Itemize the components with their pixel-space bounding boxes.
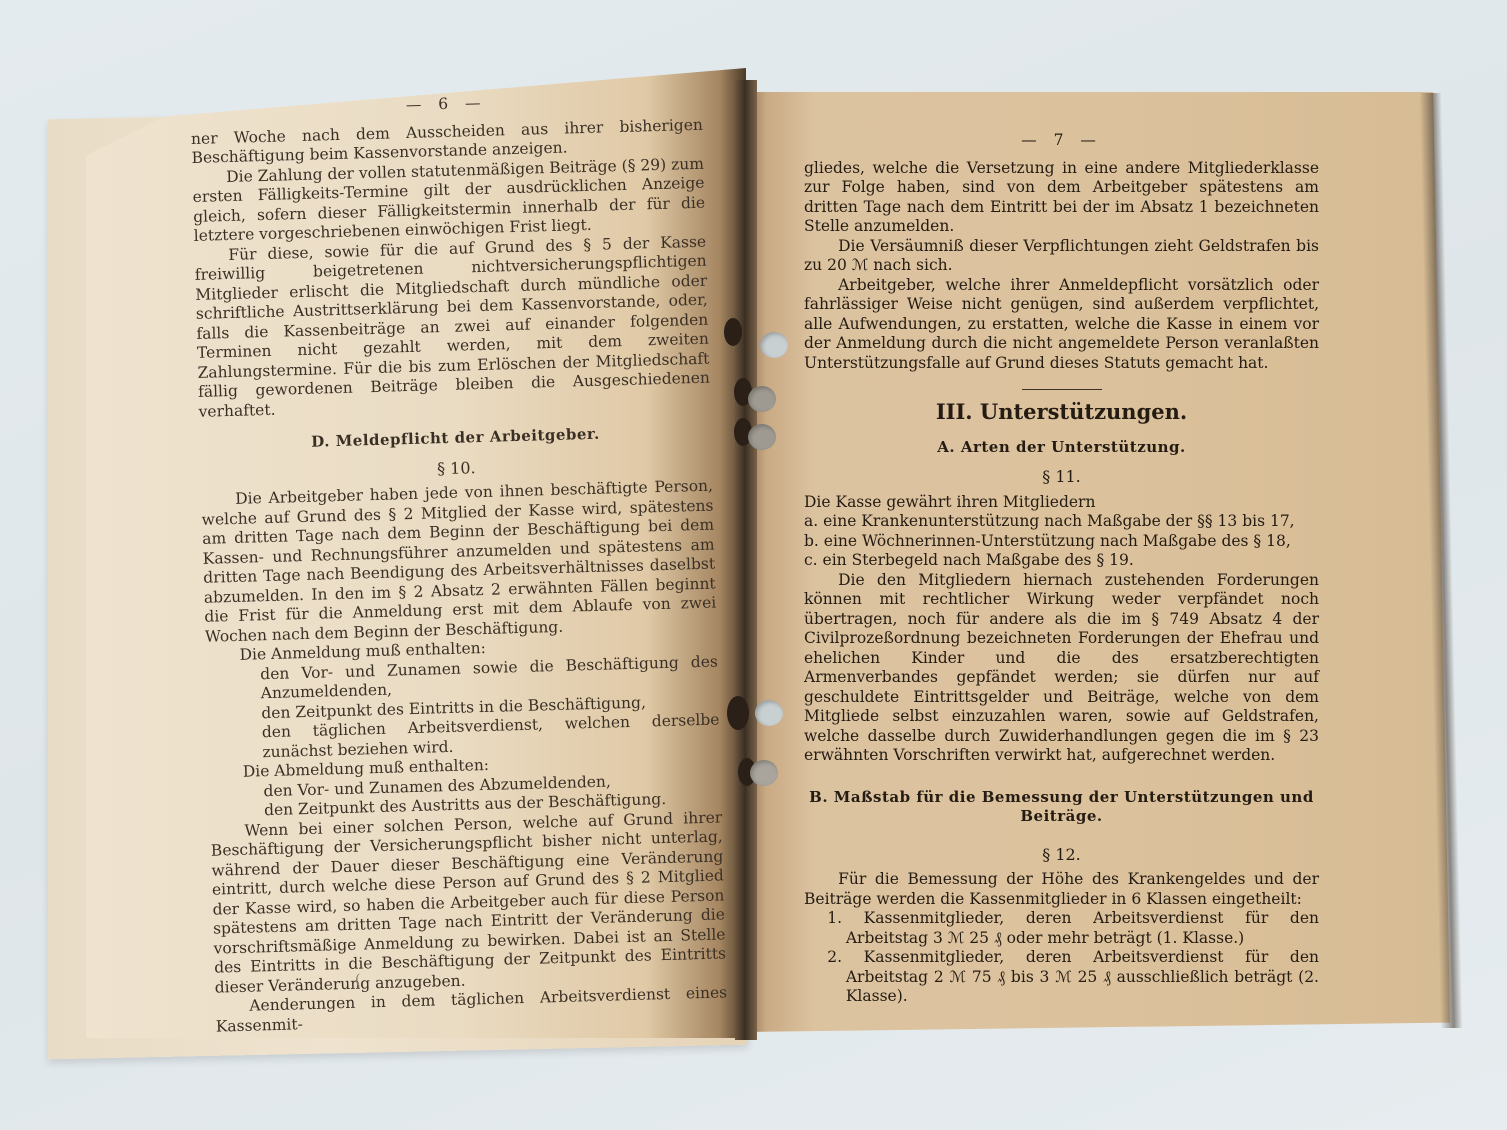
paragraph: Die Versäumniß dieser Verpflichtungen zi… xyxy=(804,237,1319,276)
paragraph-number: § 11. xyxy=(804,467,1319,487)
paragraph: Die Arbeitgeber haben jede von ihnen bes… xyxy=(201,477,717,647)
paragraph: Wenn bei einer solchen Person, welche au… xyxy=(210,808,727,998)
paragraph-number: § 12. xyxy=(804,845,1319,865)
list-item: c. ein Sterbegeld nach Maßgabe des § 19. xyxy=(804,551,1319,571)
punch-hole xyxy=(748,424,776,450)
binding-gutter xyxy=(735,80,757,1040)
punch-hole xyxy=(748,386,776,412)
stray-mark: ( xyxy=(355,972,360,988)
paragraph: gliedes, welche die Versetzung in eine a… xyxy=(804,159,1319,237)
paragraph: Arbeitgeber, welche ihrer Anmeldepflicht… xyxy=(804,276,1319,374)
page-number: — 7 — xyxy=(804,131,1319,151)
list-intro: Die Kasse gewährt ihren Mitgliedern xyxy=(804,493,1319,513)
paragraph: Für diese, sowie für die auf Grund des §… xyxy=(194,232,711,422)
list-item: 1. Kassenmitglieder, deren Arbeitsverdie… xyxy=(804,909,1319,948)
left-page-text: — 6 — ner Woche nach dem Ausscheiden aus… xyxy=(190,88,728,1037)
punch-hole xyxy=(724,318,742,346)
list-item: 2. Kassenmitglieder, deren Arbeitsverdie… xyxy=(804,948,1319,1007)
paragraph: Die den Mitgliedern hiernach zustehenden… xyxy=(804,571,1319,766)
section-heading: A. Arten der Unterstützung. xyxy=(804,438,1319,458)
section-heading: B. Maßstab für die Bemessung der Unterst… xyxy=(804,788,1319,827)
section-heading: D. Meldepflicht der Arbeitgeber. xyxy=(199,422,711,456)
punch-hole xyxy=(750,760,778,786)
punch-hole xyxy=(760,332,788,358)
paragraph: Für die Bemessung der Höhe des Krankenge… xyxy=(804,870,1319,909)
chapter-heading: III. Unterstützungen. xyxy=(804,402,1319,422)
punch-hole xyxy=(755,700,783,726)
list-item: a. eine Krankenunterstützung nach Maßgab… xyxy=(804,512,1319,532)
punch-hole xyxy=(727,696,749,730)
divider xyxy=(1022,389,1102,390)
paragraph: Die Zahlung der vollen statutenmäßigen B… xyxy=(192,154,706,246)
right-page-text: — 7 — gliedes, welche die Versetzung in … xyxy=(804,131,1319,1007)
list-item: b. eine Wöchnerinnen-Unterstützung nach … xyxy=(804,532,1319,552)
